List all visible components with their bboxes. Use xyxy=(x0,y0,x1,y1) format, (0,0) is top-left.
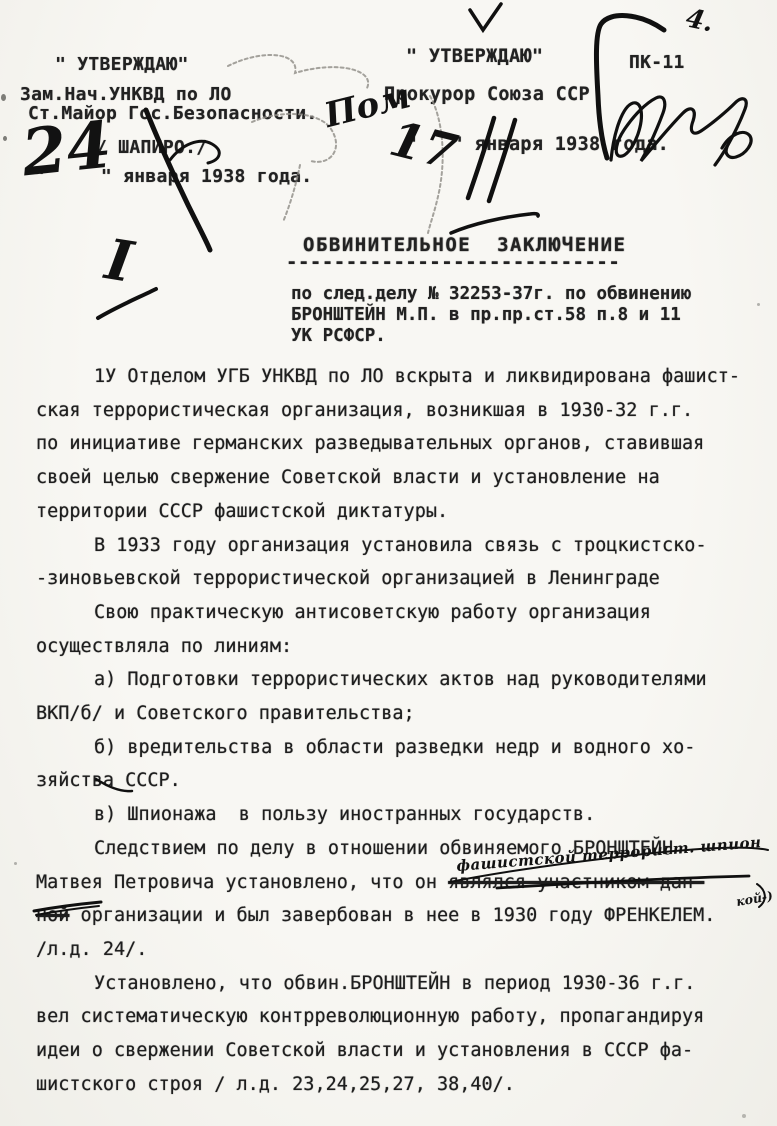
document-page: " УТВЕРЖДАЮ" Зам.Нач.УНКВД по ЛО Ст.Майо… xyxy=(0,0,777,1126)
body-line: ной организации и был завербован в нее в… xyxy=(36,899,762,933)
title-underline: ---------------------------- xyxy=(286,251,620,273)
body-line: В 1933 году организация установила связь… xyxy=(36,529,762,563)
body-line: шистского строя / л.д. 23,24,25,27, 38,4… xyxy=(36,1068,762,1102)
body-text: а) Подготовки террористических актов над… xyxy=(94,669,707,690)
body-line: территории СССР фашистской диктатуры. xyxy=(36,495,762,529)
body-text: ская террористическая организация, возни… xyxy=(36,400,693,421)
body-line: а) Подготовки террористических актов над… xyxy=(36,663,762,697)
checkmark-top xyxy=(470,4,501,30)
body-text: ВКП/б/ и Советского правительства; xyxy=(36,703,415,724)
body-line: зяйства СССР. xyxy=(36,764,762,798)
approve-stamp-right: " УТВЕРЖДАЮ" xyxy=(406,46,543,67)
approve-stamp-left: " УТВЕРЖДАЮ" xyxy=(55,54,189,75)
body-text: Матвея Петровича установлено, что он xyxy=(36,872,448,893)
body-line: /л.д. 24/. xyxy=(36,933,762,967)
body-text: /л.д. 24/. xyxy=(36,939,147,960)
handwritten-day-right: 17 xyxy=(384,111,462,181)
scan-speck xyxy=(742,1114,746,1118)
body-lines: 1У Отделом УГБ УНКВД по ЛО вскрыта и лик… xyxy=(36,360,762,1101)
body-line: Матвея Петровича установлено, что он явл… xyxy=(36,866,762,900)
case-reference-line-3: УК РСФСР. xyxy=(291,326,386,347)
body-text: в) Шпионажа в пользу иностранных государ… xyxy=(94,804,595,825)
date-swoosh-right xyxy=(451,214,538,233)
body-line: осуществляла по линиям: xyxy=(36,630,762,664)
handwritten-margin-numeral: I xyxy=(101,226,137,295)
body-text: осуществляла по линиям: xyxy=(36,636,292,657)
body-text: Установлено, что обвин.БРОНШТЕЙН в перио… xyxy=(94,973,695,994)
body-text: шистского строя / л.д. 23,24,25,27, 38,4… xyxy=(36,1074,515,1095)
struck-text: являлся участником дан- xyxy=(448,872,704,893)
body-line: вел систематическую контрреволюционную р… xyxy=(36,1000,762,1034)
body-text: 1У Отделом УГБ УНКВД по ЛО вскрыта и лик… xyxy=(94,366,740,387)
body-text: территории СССР фашистской диктатуры. xyxy=(36,501,448,522)
body-line: 1У Отделом УГБ УНКВД по ЛО вскрыта и лик… xyxy=(36,360,762,394)
body-text: идеи о свержении Советской власти и уста… xyxy=(36,1040,693,1061)
scan-speck xyxy=(3,136,7,141)
body-line: -зиновьевской террористической организац… xyxy=(36,562,762,596)
approver-left-position-1: Зам.Нач.УНКВД по ЛО xyxy=(20,84,232,105)
date-slash-right-2 xyxy=(489,120,515,201)
scan-speck xyxy=(757,303,760,306)
handwritten-corner-mark: 4. xyxy=(683,4,716,39)
body-text: по инициативе германских разведывательны… xyxy=(36,433,704,454)
case-reference-line-2: БРОНШТЕЙН М.П. в пр.пр.ст.58 п.8 и 11 xyxy=(291,305,681,326)
date-slash-right-1 xyxy=(468,118,494,198)
body-text: -зиновьевской террористической организац… xyxy=(36,568,660,589)
body-text: организации и был завербован в нее в 193… xyxy=(69,905,715,926)
body-text: зяйства СССР. xyxy=(36,770,181,791)
case-reference-line-1: по след.делу № 32253-37г. по обвинению xyxy=(291,284,691,305)
approver-left-name: / ШАПИРО./ xyxy=(96,137,207,158)
body-line: своей целью свержение Советской власти и… xyxy=(36,461,762,495)
body-line: Установлено, что обвин.БРОНШТЕЙН в перио… xyxy=(36,967,762,1001)
approver-right-position: Прокурор Союза ССР xyxy=(384,84,590,105)
prosecutor-signature-o xyxy=(722,132,751,157)
body-text: вел систематическую контрреволюционную р… xyxy=(36,1006,704,1027)
scan-speck xyxy=(14,862,17,865)
struck-text: ной xyxy=(36,905,69,926)
handwritten-day-left: 24 xyxy=(18,108,114,192)
body-line: Свою практическую антисоветскую работу о… xyxy=(36,596,762,630)
body-line: идеи о свержении Советской власти и уста… xyxy=(36,1034,762,1068)
body-line: в) Шпионажа в пользу иностранных государ… xyxy=(36,798,762,832)
body-line: ВКП/б/ и Советского правительства; xyxy=(36,697,762,731)
body-line: ская террористическая организация, возни… xyxy=(36,394,762,428)
body-text: Свою практическую антисоветскую работу о… xyxy=(94,602,651,623)
body-line: по инициативе германских разведывательны… xyxy=(36,427,762,461)
document-code: ПК-11 xyxy=(629,52,685,73)
scan-speck xyxy=(1,94,6,101)
pencil-scribble-1 xyxy=(228,55,368,90)
body-text: В 1933 году организация установила связь… xyxy=(94,535,707,556)
body-line: б) вредительства в области разведки недр… xyxy=(36,731,762,765)
body-text: своей целью свержение Советской власти и… xyxy=(36,467,660,488)
body-text: б) вредительства в области разведки недр… xyxy=(94,737,695,758)
